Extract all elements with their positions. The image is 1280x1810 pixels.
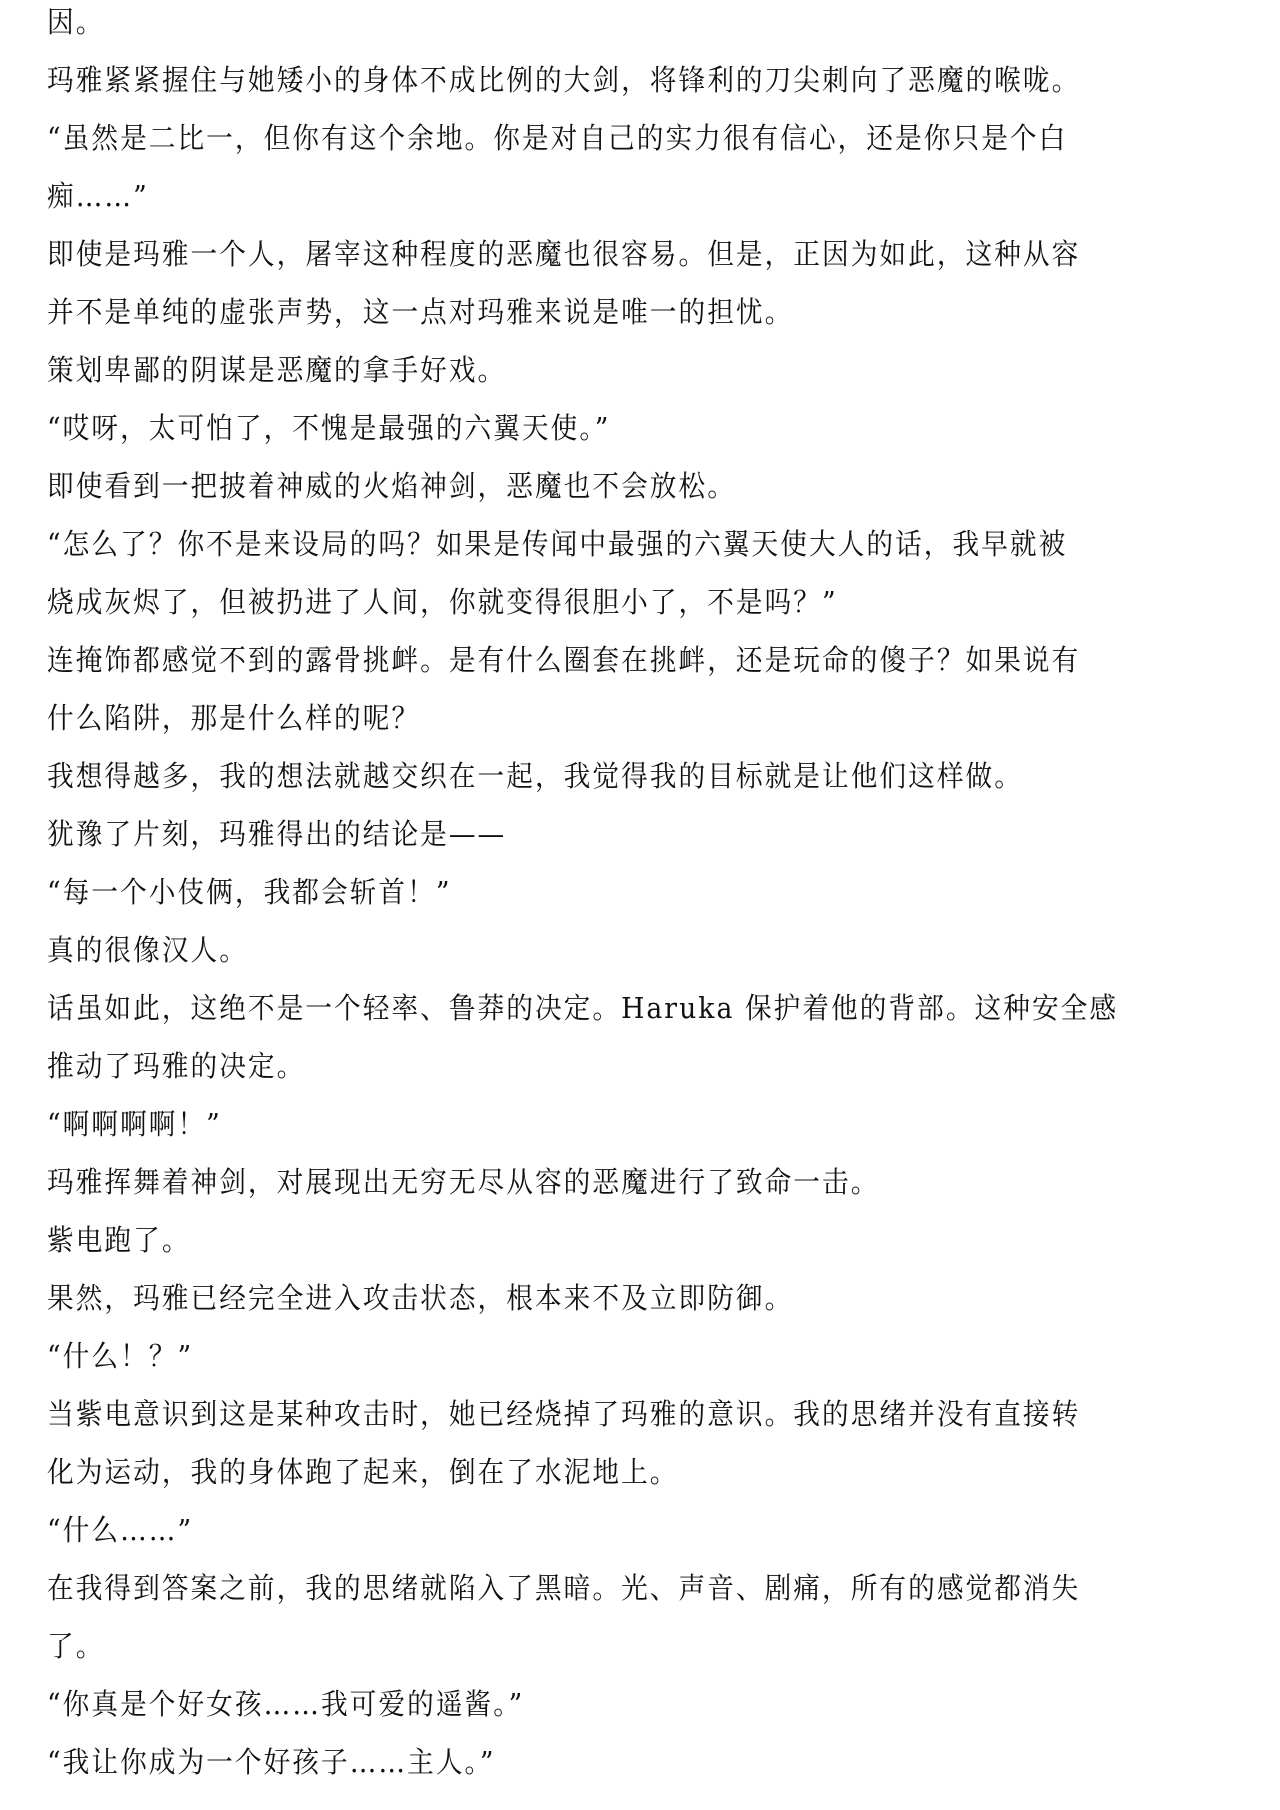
text-line: 犹豫了片刻，玛雅得出的结论是——: [47, 814, 506, 854]
text-line: 策划卑鄙的阴谋是恶魔的拿手好戏。: [47, 350, 506, 390]
text-line: 当紫电意识到这是某种攻击时，她已经烧掉了玛雅的意识。我的思绪并没有直接转: [47, 1394, 1080, 1434]
text-line: 即使是玛雅一个人，屠宰这种程度的恶魔也很容易。但是，正因为如此，这种从容: [47, 234, 1080, 274]
dialogue-line: “啊啊啊啊！”: [47, 1104, 222, 1144]
text-line: 烧成灰烬了，但被扔进了人间，你就变得很胆小了，不是吗？”: [47, 582, 838, 622]
text-line: 真的很像汉人。: [47, 930, 248, 970]
dialogue-line: “我让你成为一个好孩子……主人。”: [47, 1742, 496, 1782]
text-line: 在我得到答案之前，我的思绪就陷入了黑暗。光、声音、剧痛，所有的感觉都消失: [47, 1568, 1080, 1608]
dialogue-line: “什么！？”: [47, 1336, 193, 1376]
text-line: 推动了玛雅的决定。: [47, 1046, 305, 1086]
text-line: 紫电跑了。: [47, 1220, 191, 1260]
text-line: 因。: [47, 2, 104, 42]
text-line: 我想得越多，我的想法就越交织在一起，我觉得我的目标就是让他们这样做。: [47, 756, 1023, 796]
text-line: 痴……”: [47, 176, 149, 216]
text-line: 话虽如此，这绝不是一个轻率、鲁莽的决定。Haruka 保护着他的背部。这种安全感: [47, 988, 1118, 1028]
text-line: 什么陷阱，那是什么样的呢？: [47, 698, 420, 738]
text-line: 玛雅紧紧握住与她矮小的身体不成比例的大剑，将锋利的刀尖刺向了恶魔的喉咙。: [47, 60, 1080, 100]
document-page: 因。 玛雅紧紧握住与她矮小的身体不成比例的大剑，将锋利的刀尖刺向了恶魔的喉咙。 …: [0, 0, 1280, 1810]
text-line: 玛雅挥舞着神剑，对展现出无穷无尽从容的恶魔进行了致命一击。: [47, 1162, 879, 1202]
dialogue-line: “每一个小伎俩，我都会斩首！”: [47, 872, 451, 912]
dialogue-line: “哎呀，太可怕了，不愧是最强的六翼天使。”: [47, 408, 610, 448]
dialogue-line: “虽然是二比一，但你有这个余地。你是对自己的实力很有信心，还是你只是个白: [47, 118, 1067, 158]
dialogue-line: “什么……”: [47, 1510, 193, 1550]
dialogue-line: “怎么了？你不是来设局的吗？如果是传闻中最强的六翼天使大人的话，我早就被: [47, 524, 1067, 564]
dialogue-line: “你真是个好女孩……我可爱的遥酱。”: [47, 1684, 524, 1724]
text-line: 即使看到一把披着神威的火焰神剑，恶魔也不会放松。: [47, 466, 736, 506]
text-line: 并不是单纯的虚张声势，这一点对玛雅来说是唯一的担忧。: [47, 292, 793, 332]
text-line: 果然，玛雅已经完全进入攻击状态，根本来不及立即防御。: [47, 1278, 793, 1318]
text-line: 化为运动，我的身体跑了起来，倒在了水泥地上。: [47, 1452, 678, 1492]
text-line: 了。: [47, 1626, 104, 1666]
text-line: 连掩饰都感觉不到的露骨挑衅。是有什么圈套在挑衅，还是玩命的傻子？如果说有: [47, 640, 1080, 680]
